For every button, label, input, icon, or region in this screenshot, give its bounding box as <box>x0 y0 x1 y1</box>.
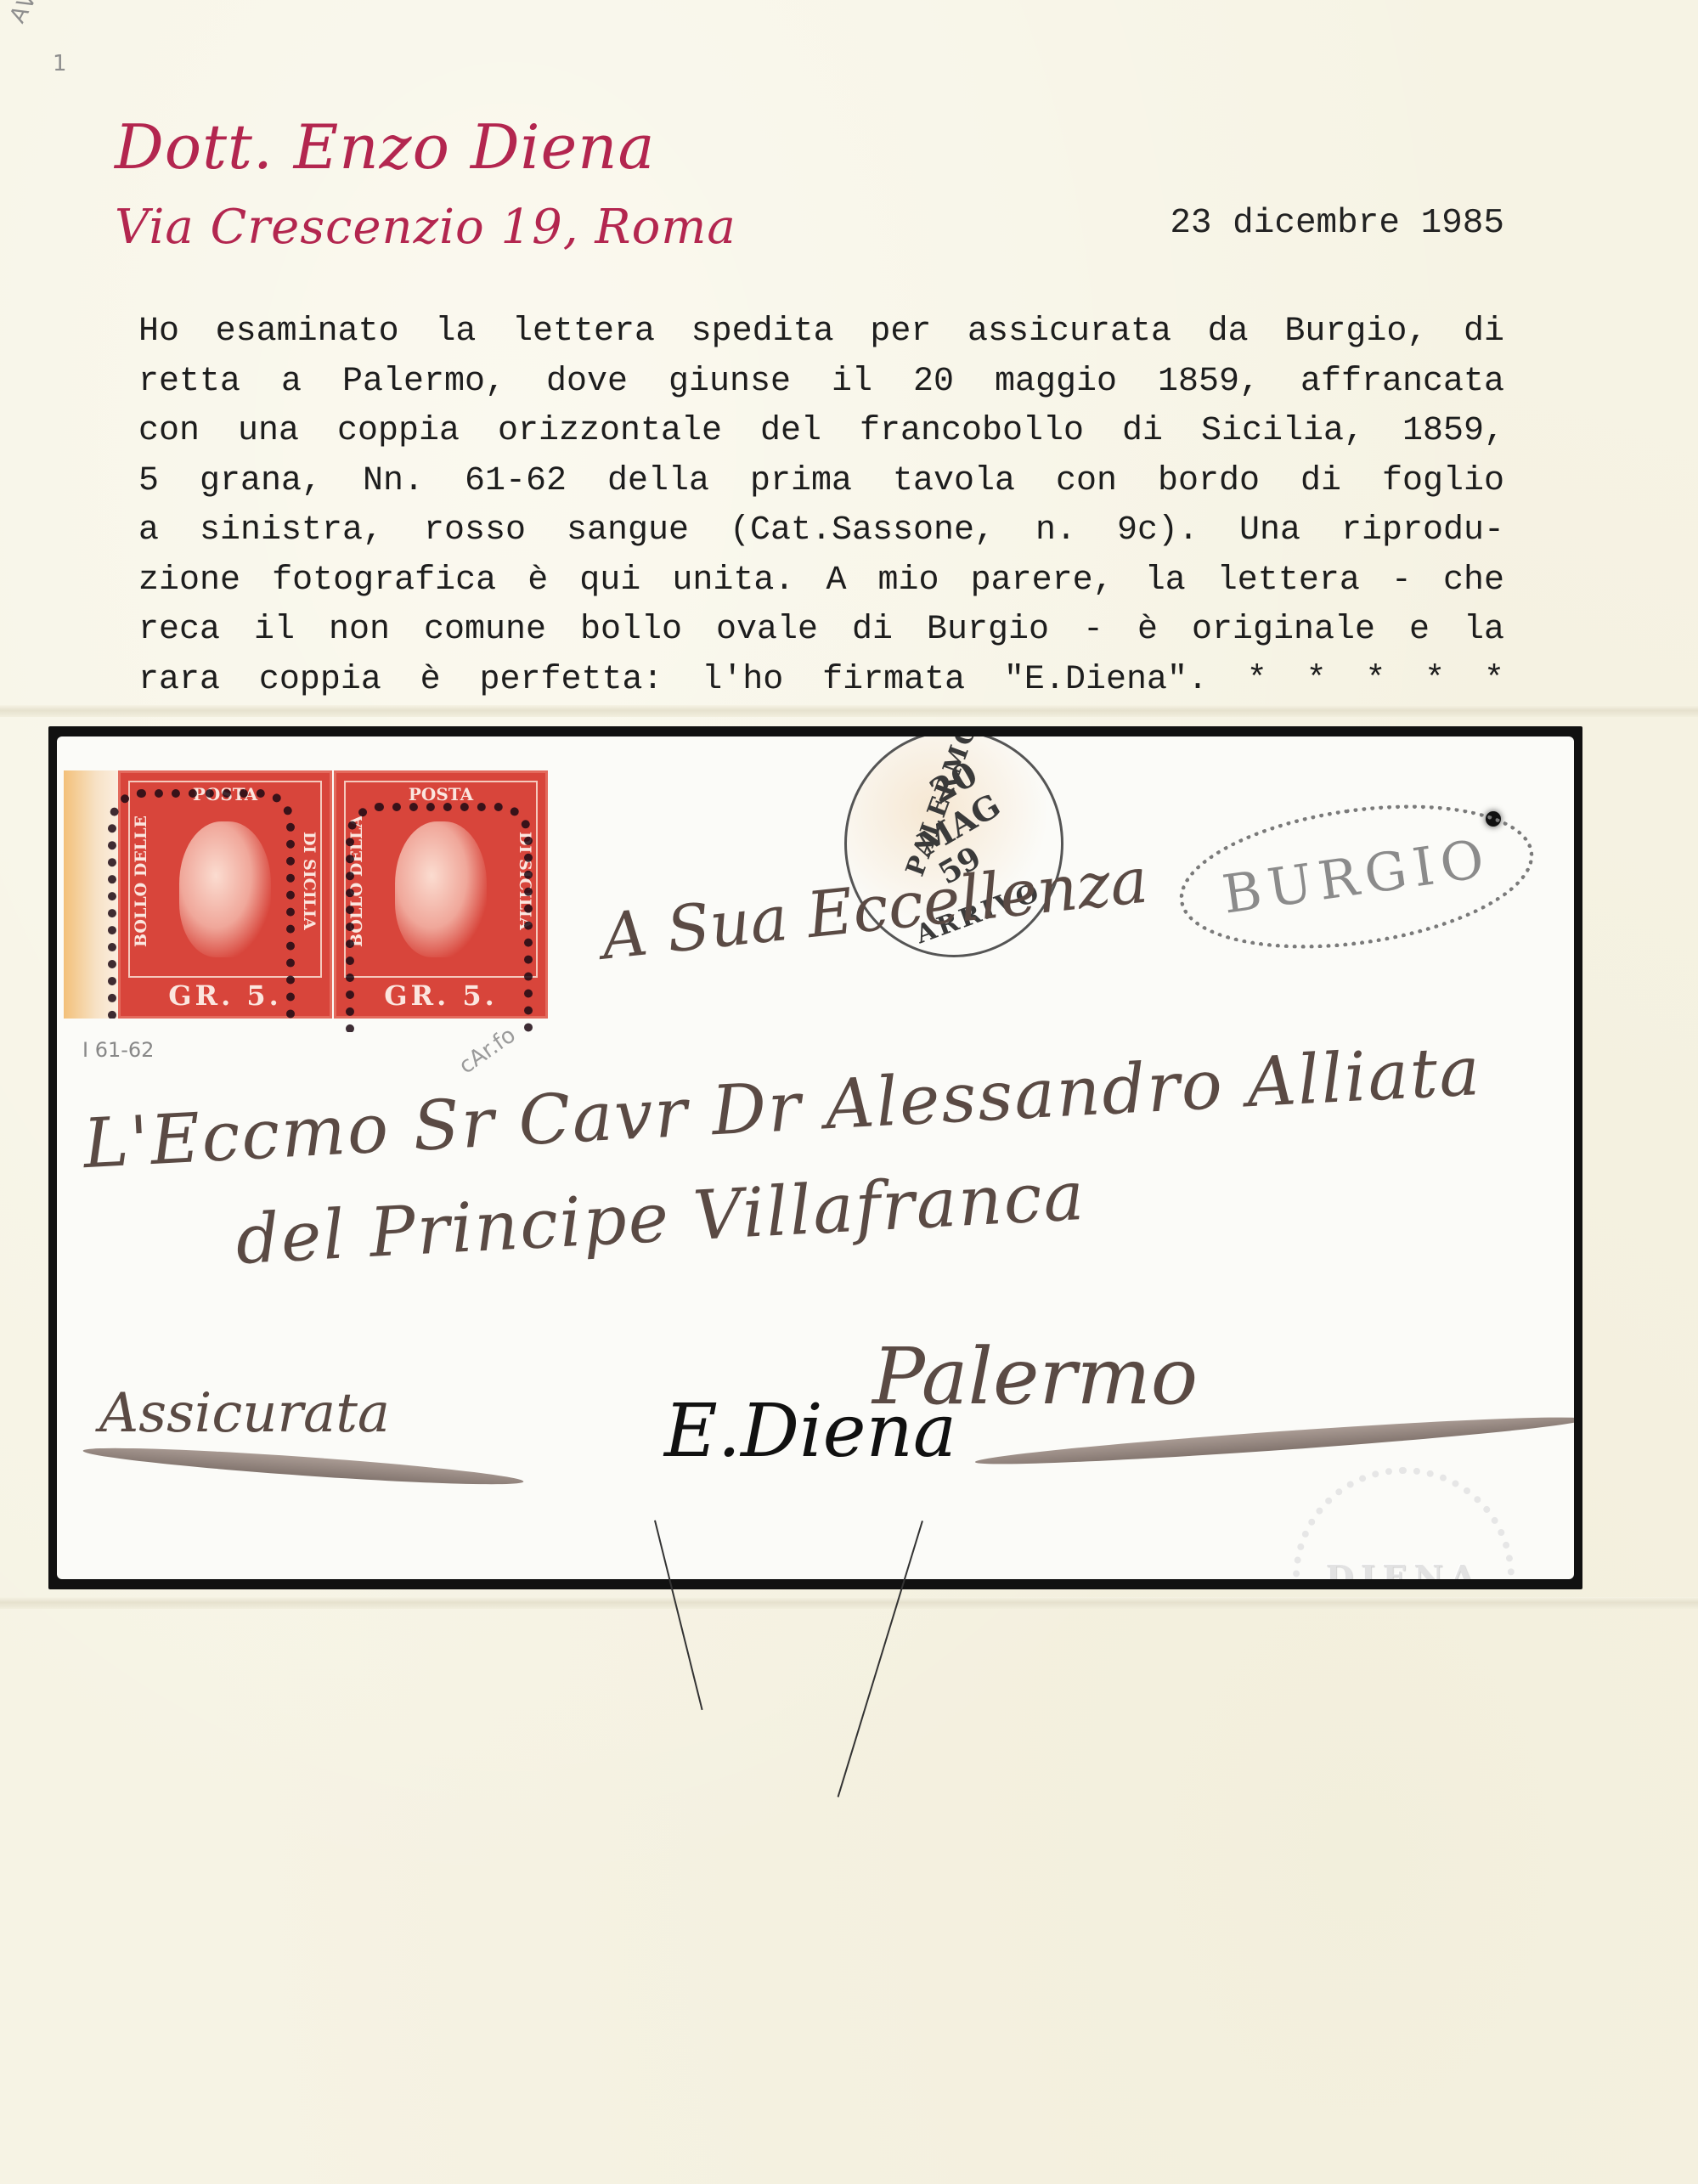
diena-seal-text: DIENA <box>1300 1558 1508 1579</box>
paper-fold-top <box>0 705 1698 717</box>
paper-fold-bottom <box>0 1597 1698 1609</box>
cover-envelope: POSTA BOLLO DELLE DI SICILIA GR. 5. POST… <box>57 736 1574 1579</box>
certificate-date: 23 dicembre 1985 <box>1170 204 1504 243</box>
handwritten-address-line-2: del Principe Villafranca <box>234 1156 1087 1279</box>
handwritten-address-line-1: L'Eccmo Sr Cavr Dr Alessandro Alliata <box>82 1031 1483 1183</box>
expert-signature: E.Diena <box>664 1389 956 1474</box>
ink-underline-left <box>82 1442 524 1491</box>
horseshoe-cancel-icon <box>108 789 295 1019</box>
body-line: rara coppia è perfetta: l'ho firmata "E.… <box>138 656 1504 706</box>
certificate-body: Ho esaminato la lettera spedita per assi… <box>138 308 1504 705</box>
burgio-cancel-text: BURGIO <box>1180 821 1533 931</box>
cover-photograph: POSTA BOLLO DELLE DI SICILIA GR. 5. POST… <box>48 726 1582 1589</box>
body-line: reca il non comune bollo ovale di Burgio… <box>138 606 1504 656</box>
body-line: Ho esaminato la lettera spedita per assi… <box>138 308 1504 358</box>
body-line: a sinistra, rosso sangue (Cat.Sassone, n… <box>138 506 1504 556</box>
diena-embossed-seal-icon: DIENA <box>1293 1467 1515 1579</box>
letterhead: Dott. Enzo Diena Via Crescenzio 19, Roma <box>115 109 736 262</box>
body-line: 5 grana, Nn. 61-62 della prima tavola co… <box>138 457 1504 507</box>
body-line: zione fotografica è qui unita. A mio par… <box>138 556 1504 607</box>
horseshoe-cancel-icon <box>346 803 533 1032</box>
burgio-oval-cancel: BURGIO <box>1171 785 1543 969</box>
expert-name: Dott. Enzo Diena <box>115 109 736 185</box>
handwritten-assicurata: Assicurata <box>99 1382 390 1445</box>
expert-address: Via Crescenzio 19, Roma <box>115 194 736 262</box>
body-line: con una coppia orizzontale del francobol… <box>138 407 1504 457</box>
stamp-right-text: DI SICILIA <box>296 796 319 966</box>
body-line: retta a Palermo, dove giunse il 20 maggi… <box>138 358 1504 408</box>
pencil-corner-note-number: 1 <box>53 51 67 76</box>
pencil-stamp-reference: I 61-62 <box>82 1038 154 1062</box>
